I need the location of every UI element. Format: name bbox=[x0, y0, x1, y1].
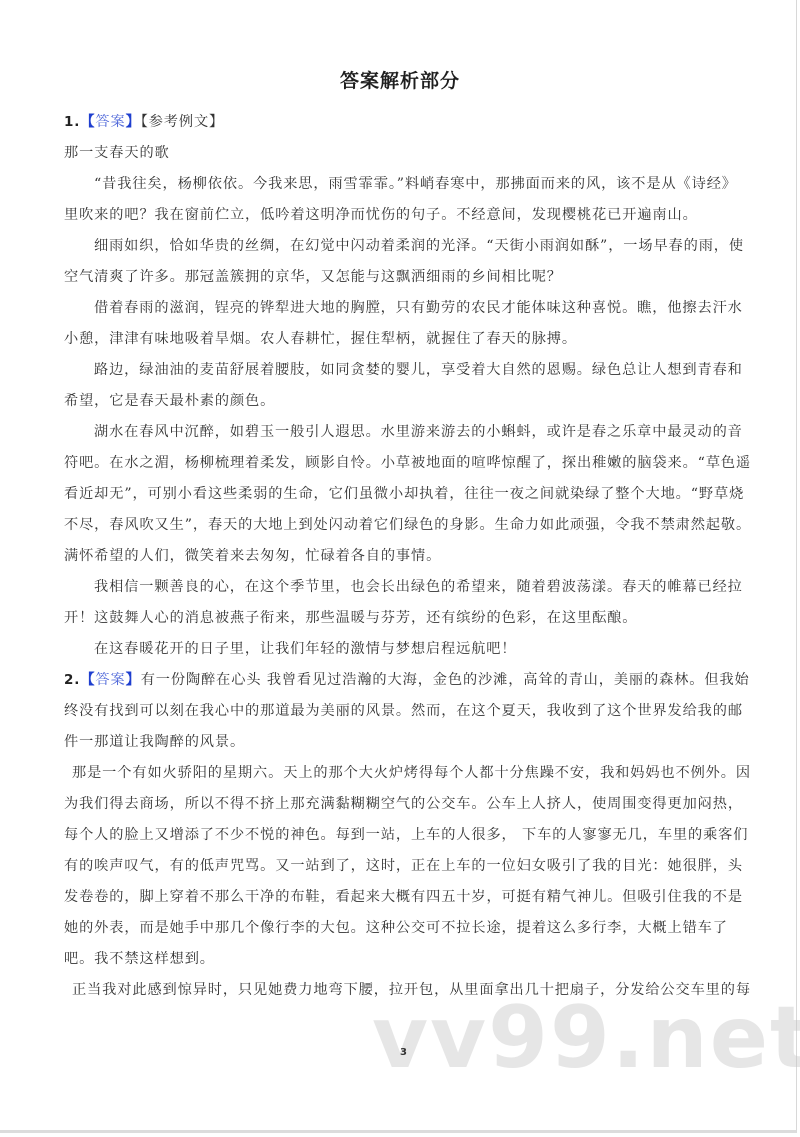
q1-essay-title: 那一支春天的歌 bbox=[64, 138, 746, 169]
q1-line: 符吧。在水之湄，杨柳梳理着柔发，顾影自怜。小草被地面的喧哗惊醒了，探出稚嫩的脑袋… bbox=[64, 448, 746, 479]
q1-number: 1. bbox=[64, 114, 80, 130]
q2-line: 有的唉声叹气，有的低声咒骂。又一站到了，这时，正在上车的一位妇女吸引了我的目光：… bbox=[64, 851, 746, 882]
answer-content: 1.【答案】【参考例文】 那一支春天的歌 “昔我往矣，杨柳依依。今我来思，雨雪霏… bbox=[64, 107, 746, 1006]
q2-line: 为我们得去商场，所以不得不挤上那充满黏糊糊空气的公交车。公车上人挤人，使周围变得… bbox=[64, 789, 746, 820]
answer-bracket-open: 【 bbox=[80, 672, 95, 688]
q2-number: 2. bbox=[64, 672, 80, 688]
q1-line: 细雨如织，恰如华贵的丝绸，在幻觉中闪动着柔润的光泽。“天街小雨润如酥”，一场早春… bbox=[64, 231, 746, 262]
q2-first-line: 有一份陶醉在心头 我曾看见过浩瀚的大海，金色的沙滩，高耸的青山，美丽的森林。但我… bbox=[141, 672, 750, 688]
q1-answer-label: 答案 bbox=[95, 114, 125, 130]
q1-line: 满怀希望的人们，微笑着来去匆匆，忙碌着各自的事情。 bbox=[64, 541, 746, 572]
q2-line: 她的外表，而是她手中那几个像行李的大包。这种公交可不拉长途，提着这么多行李，大概… bbox=[64, 913, 746, 944]
q2-header: 2.【答案】有一份陶醉在心头 我曾看见过浩瀚的大海，金色的沙滩，高耸的青山，美丽… bbox=[64, 665, 746, 696]
q2-line: 件一那道让我陶醉的风景。 bbox=[64, 727, 746, 758]
q1-line: 我相信一颗善良的心，在这个季节里，也会长出绿色的希望来，随着碧波荡漾。春天的帷幕… bbox=[64, 572, 746, 603]
q1-ref-label: 【参考例文】 bbox=[141, 114, 224, 130]
q2-line: 吧。我不禁这样想到。 bbox=[64, 944, 746, 975]
q1-line: 不尽，春风吹又生”，春天的大地上到处闪动着它们绿色的身影。生命力如此顽强，令我不… bbox=[64, 510, 746, 541]
q1-line: 湖水在春风中沉醉，如碧玉一般引人遐思。水里游来游去的小蝌蚪，或许是春之乐章中最灵… bbox=[64, 417, 746, 448]
q2-answer-label: 答案 bbox=[95, 672, 125, 688]
page-number: 3 bbox=[400, 1047, 407, 1058]
q2-line: 那是一个有如火骄阳的星期六。天上的那个大火炉烤得每个人都十分焦躁不安，我和妈妈也… bbox=[64, 758, 746, 789]
q1-header: 1.【答案】【参考例文】 bbox=[64, 107, 746, 138]
q1-line: 在这春暖花开的日子里，让我们年轻的激情与梦想启程远航吧！ bbox=[64, 634, 746, 665]
q1-line: 看近却无”，可别小看这些柔弱的生命，它们虽微小却执着，往往一夜之间就染绿了整个大… bbox=[64, 479, 746, 510]
q1-line: 小憩，津津有味地吸着旱烟。农人春耕忙，握住犁柄，就握住了春天的脉搏。 bbox=[64, 324, 746, 355]
q1-line: 开！这鼓舞人心的消息被燕子衔来，那些温暖与芬芳，还有缤纷的色彩，在这里酝酿。 bbox=[64, 603, 746, 634]
q2-line: 发卷卷的，脚上穿着不那么干净的布鞋，看起来大概有四五十岁，可挺有精气神儿。但吸引… bbox=[64, 882, 746, 913]
q1-line: 借着春雨的滋润，锃亮的铧犁进大地的胸膛，只有勤劳的农民才能体味这种喜悦。瞧，他擦… bbox=[64, 293, 746, 324]
document-page: vv99.net 答案解析部分 1.【答案】【参考例文】 那一支春天的歌 “昔我… bbox=[0, 0, 797, 1133]
q1-line: “昔我往矣，杨柳依依。今我来思，雨雪霏霏。”料峭春寒中，那拂面而来的风，该不是从… bbox=[64, 169, 746, 200]
q1-line: 希望，它是春天最朴素的颜色。 bbox=[64, 386, 746, 417]
q2-line: 每个人的脸上又增添了不少不悦的神色。每到一站，上车的人很多， 下车的人寥寥无几，… bbox=[64, 820, 746, 851]
q2-line: 正当我对此感到惊异时，只见她费力地弯下腰，拉开包，从里面拿出几十把扇子，分发给公… bbox=[64, 975, 746, 1006]
q1-line: 路边，绿油油的麦苗舒展着腰肢，如同贪婪的婴儿，享受着大自然的恩赐。绿色总让人想到… bbox=[64, 355, 746, 386]
answer-bracket-close: 】 bbox=[126, 114, 141, 130]
q2-line: 终没有找到可以刻在我心中的那道最为美丽的风景。然而，在这个夏天，我收到了这个世界… bbox=[64, 696, 746, 727]
q1-line: 空气清爽了许多。那冠盖簇拥的京华，又怎能与这飘洒细雨的乡间相比呢？ bbox=[64, 262, 746, 293]
q1-line: 里吹来的吧？我在窗前伫立，低吟着这明净而忧伤的句子。不经意间，发现樱桃花已开遍南… bbox=[64, 200, 746, 231]
answer-bracket-close: 】 bbox=[126, 672, 141, 688]
answer-bracket-open: 【 bbox=[80, 114, 95, 130]
page-title: 答案解析部分 bbox=[0, 66, 800, 93]
